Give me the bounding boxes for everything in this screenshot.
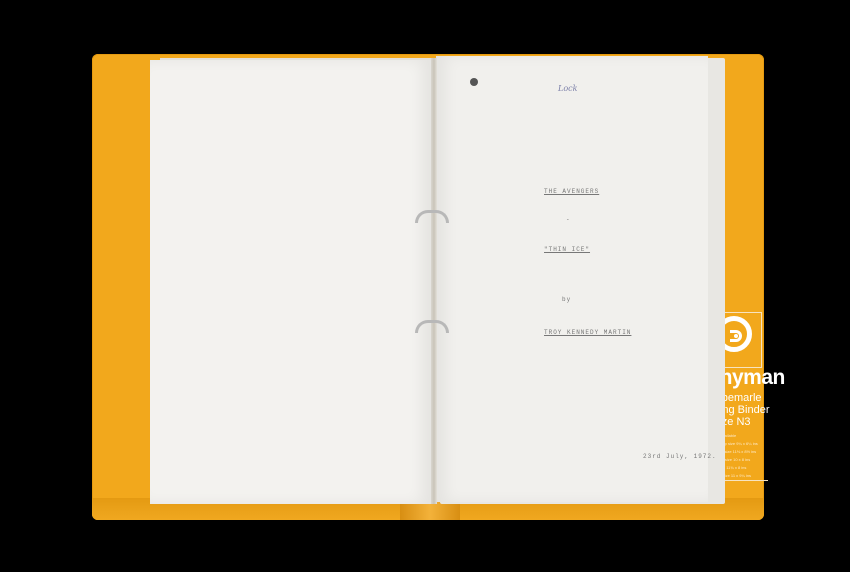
episode-title: "THIN ICE" <box>544 246 590 253</box>
script-title-page <box>436 56 708 502</box>
binder-ring-top-icon <box>415 210 449 223</box>
brand-logo-dot-icon <box>734 334 738 338</box>
handwritten-note: Lock <box>558 84 577 93</box>
series-title: THE AVENGERS <box>544 188 599 195</box>
page-gutter <box>431 58 437 504</box>
author-name: TROY KENNEDY MARTIN <box>544 329 631 336</box>
byline: by <box>562 296 571 303</box>
punch-hole-icon <box>470 78 478 86</box>
script-date: 23rd July, 1972. <box>643 453 717 460</box>
title-dash: - <box>566 216 571 223</box>
left-page <box>150 60 432 504</box>
binder-ring-bottom-icon <box>415 320 449 333</box>
